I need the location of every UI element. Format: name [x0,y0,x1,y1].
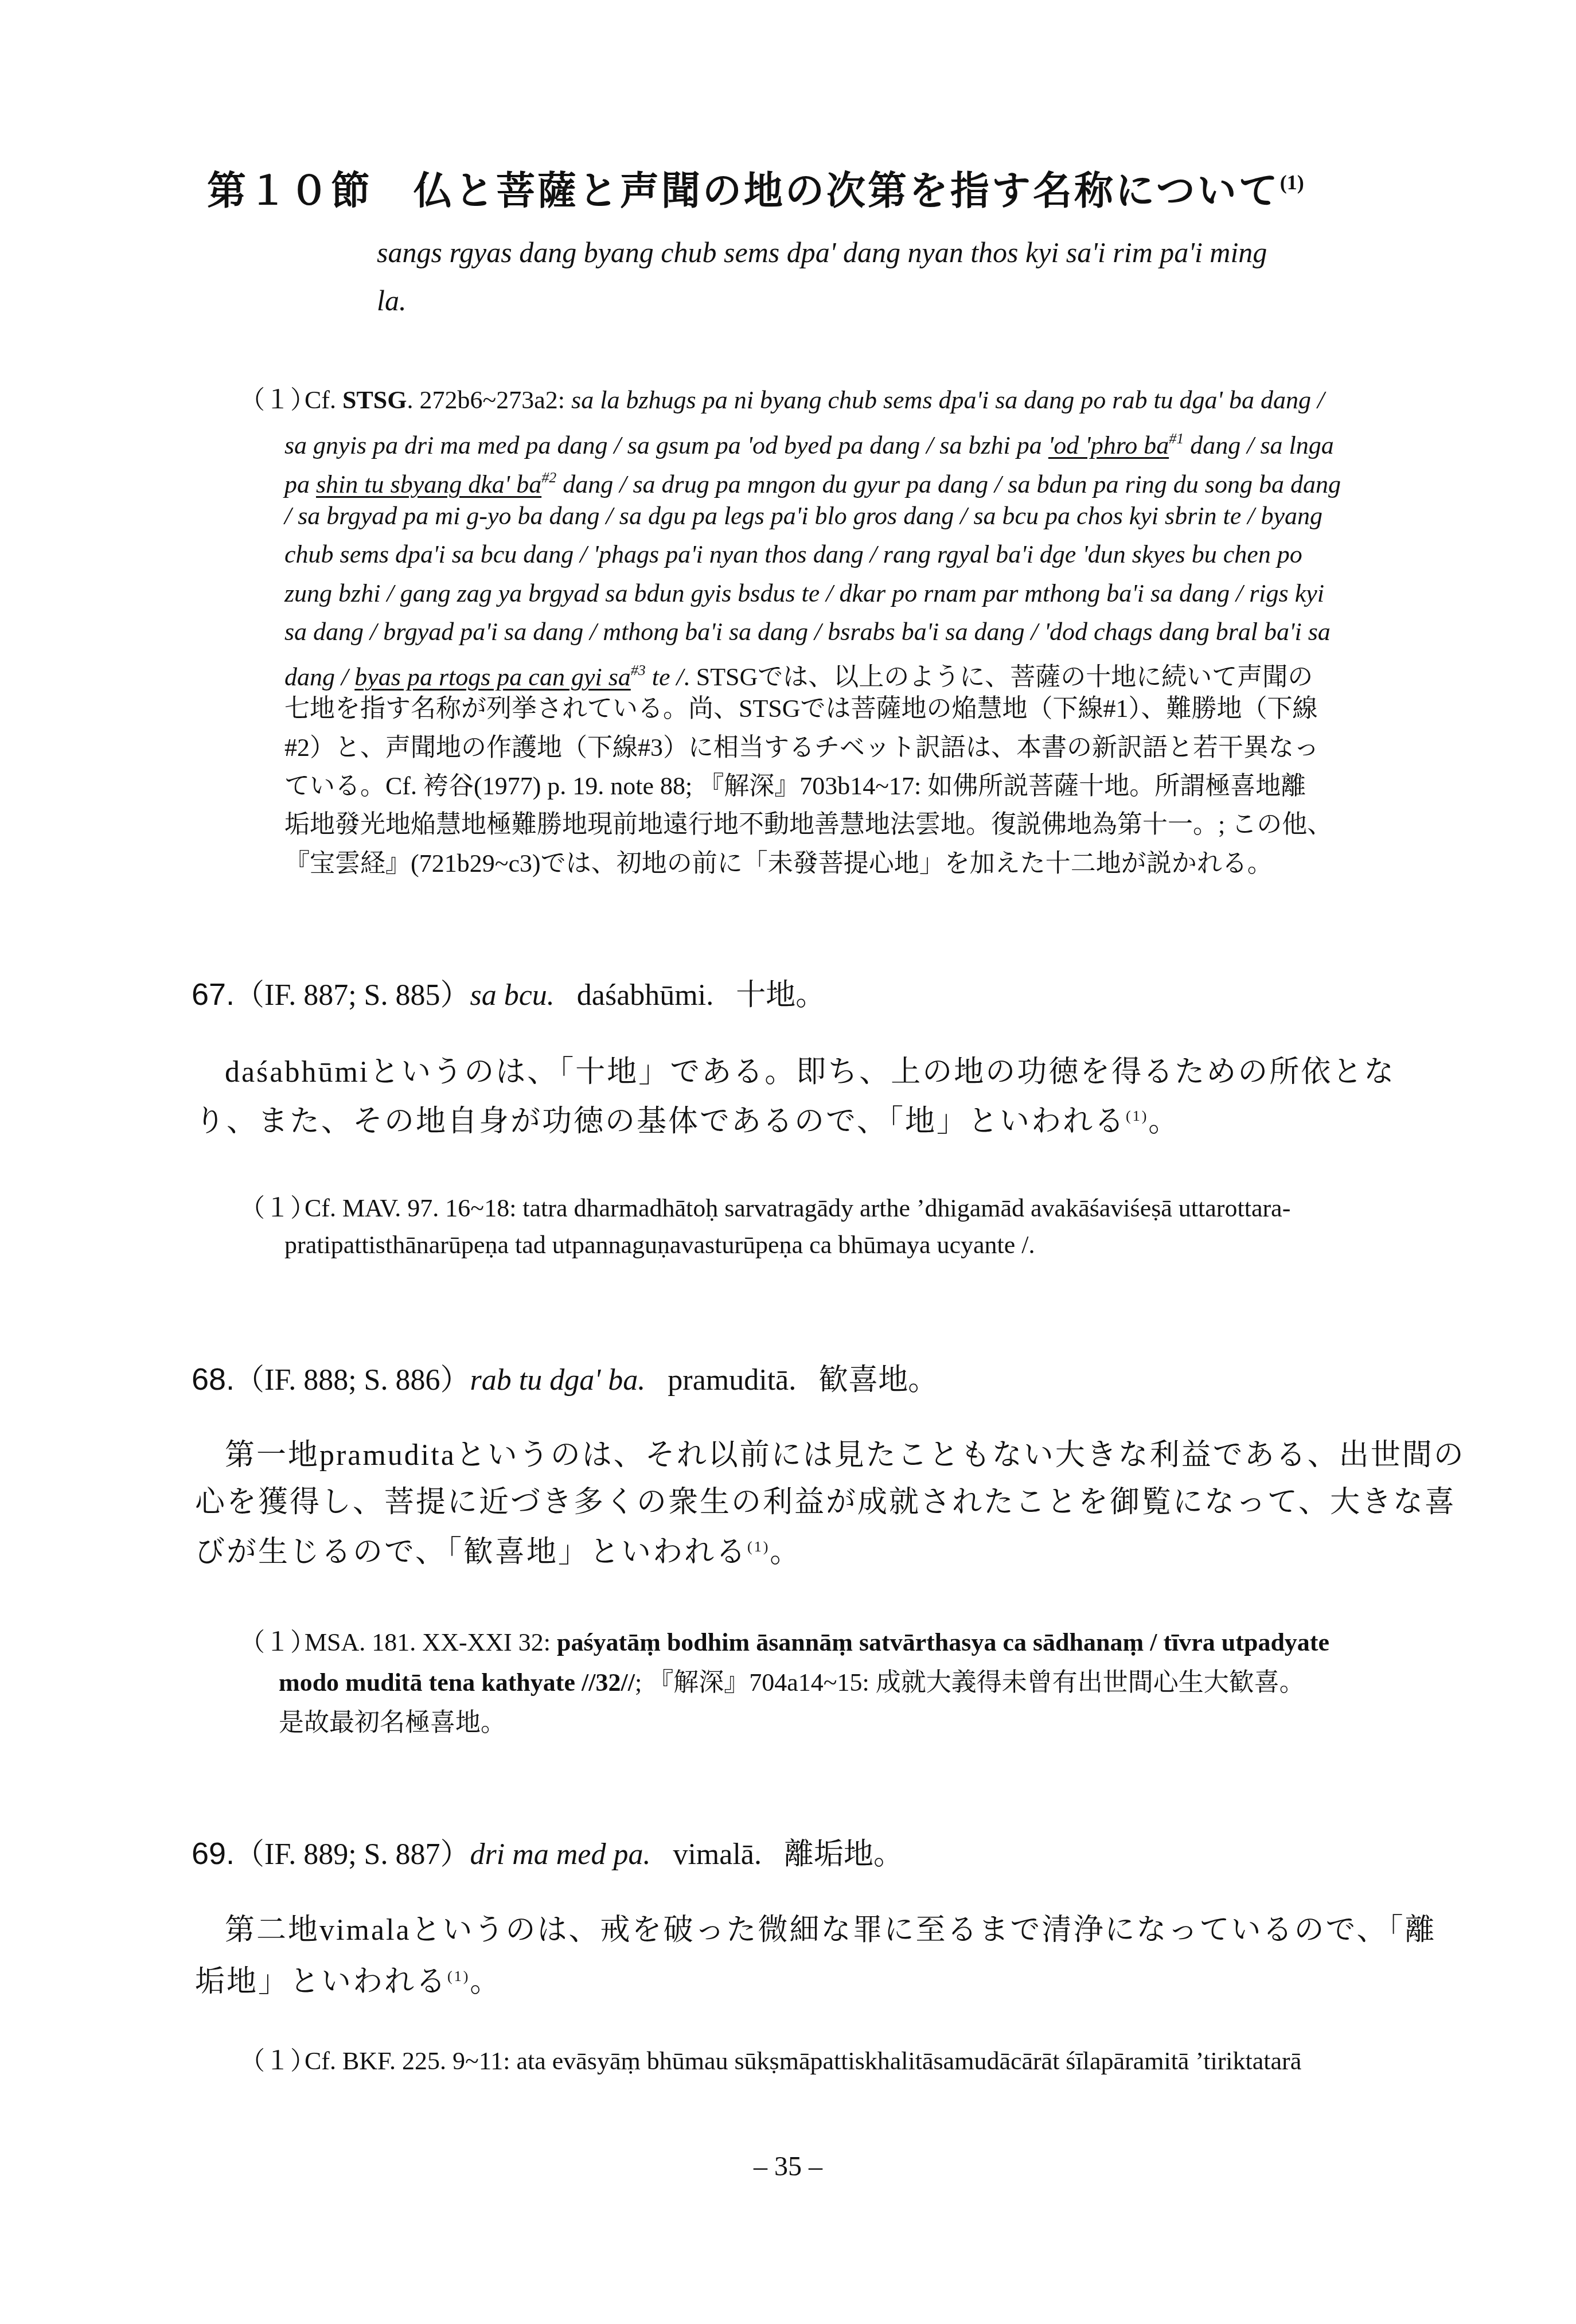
footnote-line: #2）と、声聞地の作護地（下線#3）に相当するチベット訳語は、本書の新訳語と若干… [284,732,1319,764]
body-text: 垢地」といわれる [195,1966,447,1998]
entry-69-heading: 69.（IF. 889; S. 887）dri ma med pa. vimal… [192,1835,903,1873]
footnote-line: pratipattisthānarūpeṇa tad utpannaguṇava… [284,1229,1035,1261]
footnote-text-segment: Cf. BKF. 225. 9~11: ata evāsyāṃ bhūmau s… [305,2047,1301,2075]
footnote-text-segment: dang / [284,663,354,691]
footnote-line: 垢地發光地焔慧地極難勝地現前地遠行地不動地善慧地法雲地。復説佛地為第十一。; こ… [284,809,1332,841]
footnote-text-segment: sa la bzhugs pa ni byang chub sems dpa'i… [571,386,1324,414]
entry-japanese-term: 十地。 [736,979,825,1012]
footnote-text-segment: chub sems dpa'i sa bcu dang / 'phags pa'… [284,540,1302,568]
entry-68-heading: 68.（IF. 888; S. 886）rab tu dga' ba. pram… [192,1361,938,1399]
footnote-text-segment: 'od 'phro ba [1048,431,1169,459]
entry-reference: （IF. 887; S. 885） [235,979,470,1012]
entry-67-body-line-2: り、また、その地自身が功徳の基体であるので、「地」といわれる(1)。 [195,1098,1180,1140]
entry-sanskrit-term: daśabhūmi. [577,979,713,1012]
entry-tibetan-term: rab tu dga' ba. [470,1364,646,1397]
footnote-text-segment: Cf. MAV. 97. 16~18: tatra dharmadhātoḥ s… [305,1194,1290,1222]
footnote-text-segment: #3 [631,662,646,679]
footnote-text-segment: dang / sa drug pa mngon du gyur pa dang … [556,470,1341,498]
footnote-text-segment: paśyatāṃ bodhim āsannāṃ satvārthasya ca … [557,1628,1329,1656]
footnote-text-segment: / sa brgyad pa mi g-yo ba dang / sa dgu … [284,502,1323,530]
footnote-text-segment: sa gnyis pa dri ma med pa dang / sa gsum… [284,431,1048,459]
footnote-text-segment: pratipattisthānarūpeṇa tad utpannaguṇava… [284,1231,1035,1259]
footnote-text-segment: modo muditā tena kathyate //32// [279,1668,635,1697]
footnote-line: Cf. BKF. 225. 9~11: ata evāsyāṃ bhūmau s… [305,2045,1301,2077]
section-title-note-ref: (1) [1280,171,1304,194]
footnote-text-segment: 垢地發光地焔慧地極難勝地現前地遠行地不動地善慧地法雲地。復説佛地為第十一。; こ… [284,810,1332,839]
entry-67-body-line-1: daśabhūmiというのは、「十地」である。即ち、上の地の功徳を得るための所依… [225,1054,1395,1091]
footnote-text-segment: STSG [342,386,407,414]
entry-reference: （IF. 889; S. 887） [235,1838,470,1871]
note-ref: (1) [447,1968,470,1984]
section-title: 第１０節 仏と菩薩と声聞の地の次第を指す名称について(1) [207,159,1304,214]
footnote-line: chub sems dpa'i sa bcu dang / 'phags pa'… [284,539,1302,571]
footnote-text-segment: 是故最初名極喜地。 [279,1709,506,1737]
footnote-line: sa dang / brgyad pa'i sa dang / mthong b… [284,616,1331,648]
footnote-text-segment: #1 [1169,430,1184,447]
footnote-text-segment: zung bzhi / gang zag ya brgyad sa bdun g… [284,579,1324,607]
note-ref: (1) [747,1538,770,1555]
entry-japanese-term: 離垢地。 [784,1838,903,1871]
entry-number: 68. [192,1362,235,1397]
entry-sanskrit-term: vimalā. [673,1838,762,1871]
footnote-text-segment: #2 [541,469,556,486]
note-ref: (1) [1126,1108,1148,1124]
entry-number: 69. [192,1836,235,1871]
footnote-text-segment: pa [284,470,316,498]
body-text-end: 。 [770,1536,801,1569]
footnote-text-segment: ている。Cf. 袴谷(1977) p. 19. note 88; 『解深』703… [284,772,1306,800]
section-subtitle-line-1: sangs rgyas dang byang chub sems dpa' da… [377,235,1267,270]
body-text-end: 。 [1148,1105,1180,1138]
section-title-text: 第１０節 仏と菩薩と声聞の地の次第を指す名称について [207,169,1280,213]
footnote-text-segment: byas pa rtogs pa can gyi sa [354,663,631,691]
footnote-line: / sa brgyad pa mi g-yo ba dang / sa dgu … [284,500,1323,532]
footnote-line: 『宝雲経』(721b29~c3)では、初地の前に「未發菩提心地」を加えた十二地が… [284,848,1273,880]
entry-number: 67. [192,977,235,1012]
footnote-text-segment: te / [646,663,684,691]
footnote-line: modo muditā tena kathyate //32//; 『解深』70… [279,1667,1305,1699]
footnote-text-segment: 七地を指す名称が列挙されている。尚、STSGでは菩薩地の焔慧地（下線#1）、難勝… [284,695,1318,723]
body-text: り、また、その地自身が功徳の基体であるので、「地」といわれる [195,1105,1126,1138]
footnote-line: Cf. MAV. 97. 16~18: tatra dharmadhātoḥ s… [305,1192,1290,1225]
footnote-line: sa gnyis pa dri ma med pa dang / sa gsum… [284,423,1334,462]
footnote-text-segment: . 272b6~273a2: [407,386,572,414]
entry-sanskrit-term: pramuditā. [668,1364,796,1397]
entry-tibetan-term: sa bcu. [470,979,555,1012]
entry-69-body-line-2: 垢地」といわれる(1)。 [195,1958,501,2001]
footnote-line: 是故最初名極喜地。 [279,1707,506,1739]
body-text: びが生じるので、「歓喜地」といわれる [195,1536,747,1569]
page-number: – 35 – [0,2150,1576,2184]
footnote-line: dang / byas pa rtogs pa can gyi sa#3 te … [284,654,1313,693]
footnote-line: MSA. 181. XX-XXI 32: paśyatāṃ bodhim āsa… [305,1627,1329,1659]
entry-68-body-line-1: 第一地pramuditaというのは、それ以前には見たこともない大きな利益である、… [225,1437,1465,1474]
footnote-line: ている。Cf. 袴谷(1977) p. 19. note 88; 『解深』703… [284,770,1306,802]
entry-69-body-line-1: 第二地vimalaというのは、戒を破った微細な罪に至るまで清浄になっているので、… [225,1912,1436,1949]
footnote-text-segment: Cf. [305,386,342,414]
footnote-text-segment: . STSGでは、以上のように、菩薩の十地に続いて声聞の [684,663,1313,691]
entry-tibetan-term: dri ma med pa. [470,1838,651,1871]
footnote-text-segment: ; 『解深』704a14~15: 成就大義得未曾有出世間心生大歓喜。 [635,1668,1305,1697]
entry-68-body-line-3: びが生じるので、「歓喜地」といわれる(1)。 [195,1528,801,1571]
footnote-text-segment: 『宝雲経』(721b29~c3)では、初地の前に「未發菩提心地」を加えた十二地が… [284,849,1273,878]
section-subtitle-line-2: la. [377,283,406,318]
entry-68-body-line-2: 心を獲得し、菩提に近づき多くの衆生の利益が成就されたことを御覧になって、大きな喜 [195,1484,1456,1521]
body-text-end: 。 [470,1966,501,1998]
footnote-text-segment: #2）と、声聞地の作護地（下線#3）に相当するチベット訳語は、本書の新訳語と若干… [284,734,1319,762]
footnote-text-segment: sa dang / brgyad pa'i sa dang / mthong b… [284,618,1331,646]
footnote-line: 七地を指す名称が列挙されている。尚、STSGでは菩薩地の焔慧地（下線#1）、難勝… [284,693,1318,725]
entry-reference: （IF. 888; S. 886） [235,1364,470,1397]
footnote-text-segment: shin tu sbyang dka' ba [316,470,541,498]
entry-japanese-term: 歓喜地。 [818,1364,938,1397]
footnote-text-segment: MSA. 181. XX-XXI 32: [305,1628,557,1656]
footnote-line: Cf. STSG. 272b6~273a2: sa la bzhugs pa n… [305,384,1324,416]
footnote-text-segment: dang / sa lnga [1184,431,1334,459]
footnote-line: zung bzhi / gang zag ya brgyad sa bdun g… [284,578,1324,610]
footnote-line: pa shin tu sbyang dka' ba#2 dang / sa dr… [284,462,1341,501]
entry-67-heading: 67.（IF. 887; S. 885）sa bcu. daśabhūmi. 十… [192,976,825,1014]
